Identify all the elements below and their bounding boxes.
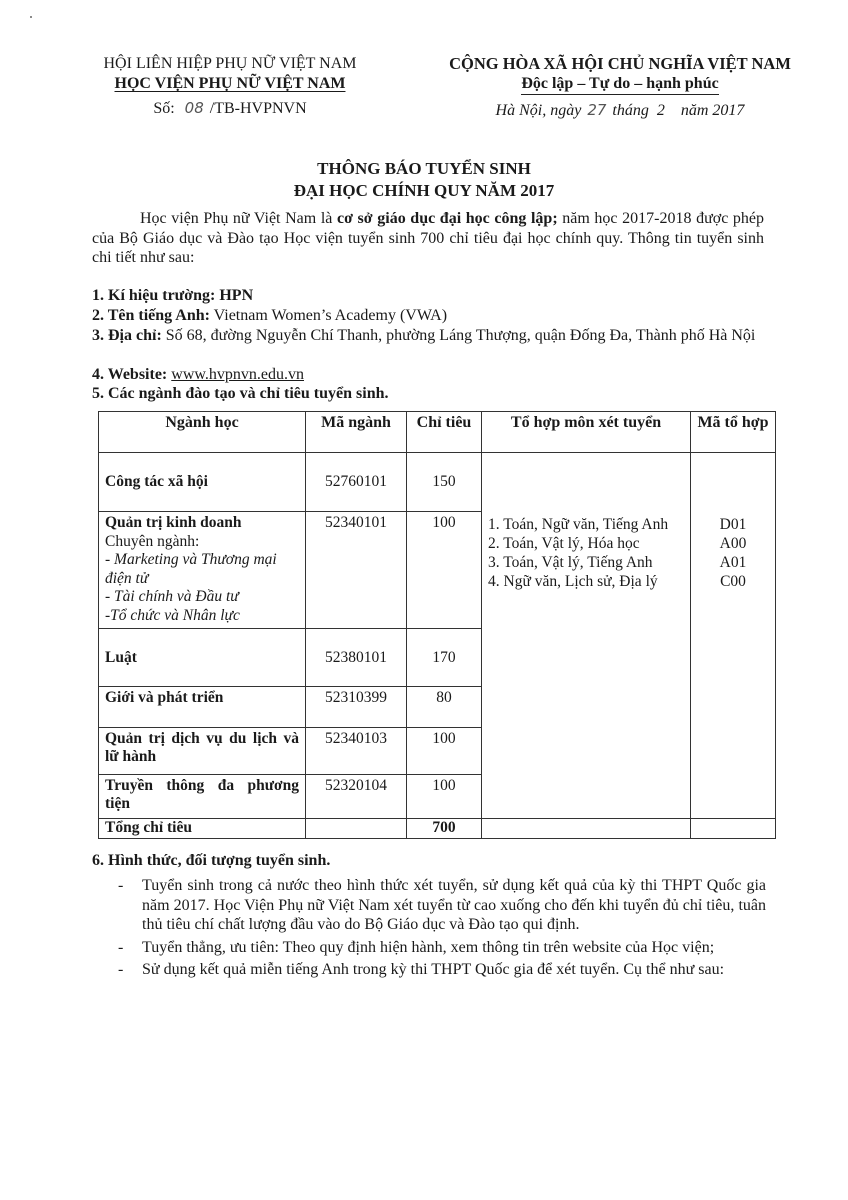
list-item: -Tuyển thẳng, ưu tiên: Theo quy định hiệ… [118,938,766,958]
national-header: CỘNG HÒA XÃ HỘI CHỦ NGHĨA VIỆT NAM Độc l… [430,54,810,121]
item-programs-heading: 5. Các ngành đào tạo và chỉ tiêu tuyển s… [92,384,389,404]
parent-organization: HỘI LIÊN HIỆP PHỤ NỮ VIỆT NAM [60,54,400,74]
item-address: 3. Địa chỉ: Số 68, đường Nguyễn Chí Than… [92,326,764,346]
issuer-header: HỘI LIÊN HIỆP PHỤ NỮ VIỆT NAM HỌC VIỆN P… [60,54,400,119]
col-program: Ngành học [99,412,306,453]
admission-bullets: -Tuyển sinh trong cả nước theo hình thức… [118,876,766,983]
col-subject-combination: Tổ hợp môn xét tuyển [482,412,691,453]
scan-speck [30,16,32,18]
list-item: -Tuyển sinh trong cả nước theo hình thức… [118,876,766,935]
section-6-heading: 6. Hình thức, đối tượng tuyển sinh. [92,852,330,870]
document-date: Hà Nội, ngày27tháng 2 năm 2017 [430,100,810,121]
intro-paragraph: Học viện Phụ nữ Việt Nam là cơ sở giáo d… [92,209,764,268]
item-website: 4. Website: www.hvpnvn.edu.vn [92,365,304,385]
item-english-name: 2. Tên tiếng Anh: Vietnam Women’s Academ… [92,306,447,326]
col-program-code: Mã ngành [306,412,407,453]
national-motto: Độc lập – Tự do – hạnh phúc [430,74,810,94]
document-title: THÔNG BÁO TUYỂN SINH ĐẠI HỌC CHÍNH QUY N… [0,158,848,202]
subject-combinations: 1. Toán, Ngữ văn, Tiếng Anh 2. Toán, Vật… [482,453,691,819]
handwritten-number: 08 [179,99,210,117]
table-total-row: Tổng chỉ tiêu 700 [99,819,776,839]
table-header-row: Ngành học Mã ngành Chỉ tiêu Tổ hợp môn x… [99,412,776,453]
table-row: Công tác xã hội 52760101 150 1. Toán, Ng… [99,453,776,512]
item-school-code: 1. Kí hiệu trường: HPN [92,286,253,306]
col-quota: Chỉ tiêu [407,412,482,453]
country-name: CỘNG HÒA XÃ HỘI CHỦ NGHĨA VIỆT NAM [430,54,810,74]
col-combination-code: Mã tổ hợp [691,412,776,453]
handwritten-day: 27 [581,101,612,119]
website-link[interactable]: www.hvpnvn.edu.vn [171,366,304,383]
list-item: -Sử dụng kết quả miễn tiếng Anh trong kỳ… [118,960,766,980]
programs-table: Ngành học Mã ngành Chỉ tiêu Tổ hợp môn x… [98,411,776,839]
organization-name: HỌC VIỆN PHỤ NỮ VIỆT NAM [60,74,400,94]
document-number: Số: 08/TB-HVPNVN [60,98,400,119]
combination-codes: D01 A00 A01 C00 [691,453,776,819]
